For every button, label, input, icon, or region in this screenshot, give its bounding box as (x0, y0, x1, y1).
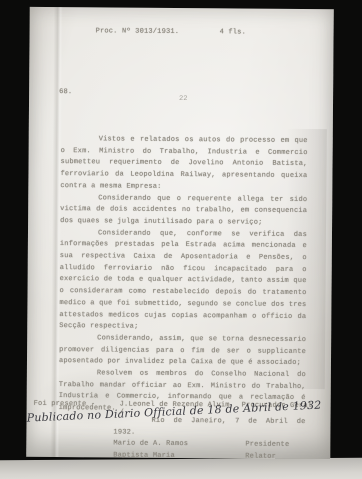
scanned-document-photo: Proc. Nº 3013/1931. 4 fls. 68. 22 Vistos… (0, 0, 362, 479)
signature-name-relator: Baptista Maria (113, 450, 245, 463)
folio-count: 4 fls. (220, 28, 246, 36)
process-number: Proc. Nº 3013/1931. (96, 27, 180, 36)
paragraph-considerando-3: Considerando, assim, que se torna desnec… (59, 333, 306, 370)
paragraph-considerando-1: Considerando que o requerente allega ter… (60, 193, 307, 230)
document-page: Proc. Nº 3013/1931. 4 fls. 68. 22 Vistos… (26, 7, 334, 459)
margin-note: 68. (59, 88, 72, 96)
signature-name-president: Mario de A. Ramos (113, 439, 245, 452)
paragraph-considerando-2: Considerando que, conforme se verifica d… (59, 228, 307, 335)
signature-role-president: Presidente (245, 440, 289, 452)
page-number: 22 (179, 95, 187, 103)
paragraph-vistos: Vistos e relatados os autos do processo … (60, 134, 307, 194)
signature-row: Baptista Maria Relator (58, 450, 305, 464)
signature-role-relator: Relator (245, 452, 276, 464)
